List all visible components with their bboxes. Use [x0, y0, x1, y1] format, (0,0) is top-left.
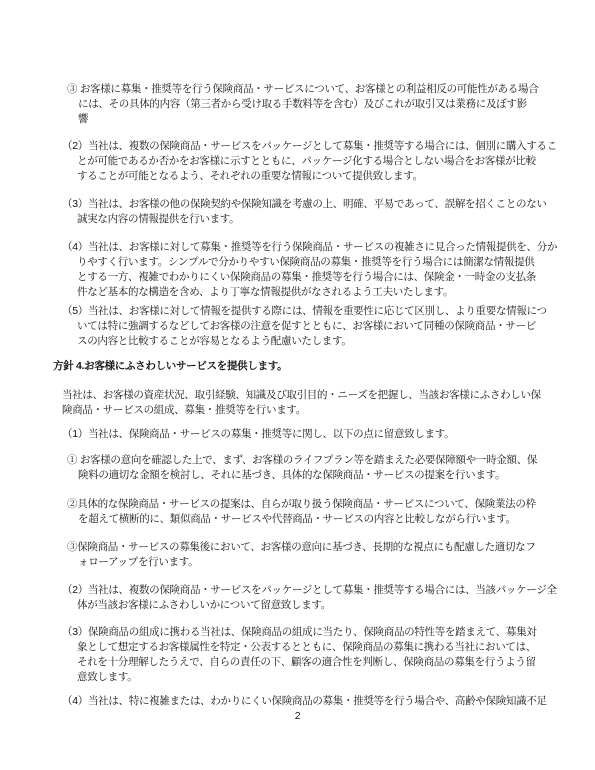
policy4-item-1-sub-1: ① お客様の意向を確認した上で、まず、お客様のライフプラン等を踏まえた必要保障額… — [0, 453, 595, 483]
text-line: （2）当社は、複数の保険商品・サービスをパッケージとして募集・推奨等する場合には… — [0, 139, 595, 154]
text-line: （5）当社は、お客様に対して情報を提供する際には、情報を重要性に応じて区別し、よ… — [0, 304, 595, 319]
text-line: 響 — [0, 112, 595, 127]
policy4-item-3: （3）保険商品の組成に携わる当社は、保険商品の組成に当たり、保険商品の特性等を踏… — [0, 625, 595, 685]
policy4-section-heading: 方針 4.お客様にふさわしいサービスを提供します。 — [0, 359, 595, 374]
section-heading-text: 方針 4.お客様にふさわしいサービスを提供します。 — [0, 359, 595, 374]
text-line: 意致します。 — [0, 670, 595, 685]
text-line: とが可能であるか否かをお客様に示すとともに、パッケージ化する場合としない場合をお… — [0, 154, 595, 169]
policy3-item-5: （5）当社は、お客様に対して情報を提供する際には、情報を重要性に応じて区別し、よ… — [0, 304, 595, 349]
text-line: りやすく行います。シンプルで分かりやすい保険商品の募集・推奨等を行う場合には簡潔… — [0, 255, 595, 270]
policy3-item-3: （3）当社は、お客様の他の保険契約や保険知識を考慮の上、明確、平易であって、誤解… — [0, 197, 595, 227]
text-line: 当社は、お客様の資産状況、取引経験、知識及び取引目的・ニーズを把握し、当該お客様… — [0, 388, 595, 403]
text-line: （4）当社は、特に複雑または、わかりにくい保険商品の募集・推奨等を行う場合や、高… — [0, 694, 595, 709]
text-line: （3）当社は、お客様の他の保険契約や保険知識を考慮の上、明確、平易であって、誤解… — [0, 197, 595, 212]
clause-carryover-item-3: ③ お客様に募集・推奨等を行う保険商品・サービスについて、お客様との利益相反の可… — [0, 82, 595, 127]
text-line: には、その具体的内容（第三者から受け取る手数料等を含む）及びこれが取引又は業務に… — [0, 97, 595, 112]
policy4-item-2: （2）当社は、複数の保険商品・サービスをパッケージとして募集・推奨等する場合には… — [0, 583, 595, 613]
text-line: いては特に強調するなどしてお客様の注意を促すとともに、お客様において同種の保険商… — [0, 319, 595, 334]
text-line: （2）当社は、複数の保険商品・サービスをパッケージとして募集・推奨等する場合には… — [0, 583, 595, 598]
text-line: （4）当社は、お客様に対して募集・推奨等を行う保険商品・サービスの複雑さに見合っ… — [0, 240, 595, 255]
text-line: 誠実な内容の情報提供を行います。 — [0, 212, 595, 227]
text-line: 体が当該お客様にふさわしいかについて留意致します。 — [0, 598, 595, 613]
text-line: 件など基本的な構造を含め、より丁寧な情報提供がなされるよう工夫いたします。 — [0, 285, 595, 300]
policy4-item-1: （1）当社は、保険商品・サービスの募集・推奨等に関し、以下の点に留意致します。 — [0, 427, 595, 442]
policy4-item-1-sub-2: ②具体的な保険商品・サービスの提案は、自らが取り扱う保険商品・サービスについて、… — [0, 497, 595, 527]
text-line: 象として想定するお客様属性を特定・公表するとともに、保険商品の募集に携わる当社に… — [0, 640, 595, 655]
pdf-document-page: ③ お客様に募集・推奨等を行う保険商品・サービスについて、お客様との利益相反の可… — [0, 0, 595, 770]
policy4-item-1-sub-3: ③保険商品・サービスの募集後において、お客様の意向に基づき、長期的な視点にも配慮… — [0, 540, 595, 570]
text-line: 険商品・サービスの組成、募集・推奨等を行います。 — [0, 403, 595, 418]
text-line: （3）保険商品の組成に携わる当社は、保険商品の組成に当たり、保険商品の特性等を踏… — [0, 625, 595, 640]
text-line: それを十分理解したうえで、自らの責任の下、顧客の適合性を判断し、保険商品の募集を… — [0, 655, 595, 670]
text-line: ③ お客様に募集・推奨等を行う保険商品・サービスについて、お客様との利益相反の可… — [0, 82, 595, 97]
policy4-item-4: （4）当社は、特に複雑または、わかりにくい保険商品の募集・推奨等を行う場合や、高… — [0, 694, 595, 709]
text-line: ②具体的な保険商品・サービスの提案は、自らが取り扱う保険商品・サービスについて、… — [0, 497, 595, 512]
text-line: ③保険商品・サービスの募集後において、お客様の意向に基づき、長期的な視点にも配慮… — [0, 540, 595, 555]
policy3-item-2: （2）当社は、複数の保険商品・サービスをパッケージとして募集・推奨等する場合には… — [0, 139, 595, 184]
text-line: とする一方、複雑でわかりにくい保険商品の募集・推奨等を行う場合には、保険金・一時… — [0, 270, 595, 285]
policy4-intro-paragraph: 当社は、お客様の資産状況、取引経験、知識及び取引目的・ニーズを把握し、当該お客様… — [0, 388, 595, 418]
page-number: 2 — [0, 709, 595, 724]
text-line: （1）当社は、保険商品・サービスの募集・推奨等に関し、以下の点に留意致します。 — [0, 427, 595, 442]
page-number-block: 2 — [0, 709, 595, 724]
policy3-item-4: （4）当社は、お客様に対して募集・推奨等を行う保険商品・サービスの複雑さに見合っ… — [0, 240, 595, 300]
text-line: スの内容と比較することが容易となるよう配慮いたします。 — [0, 334, 595, 349]
text-line: 険料の適切な金額を検討し、それに基づき、具体的な保険商品・サービスの提案を行いま… — [0, 468, 595, 483]
text-line: ォローアップを行います。 — [0, 555, 595, 570]
text-line: することが可能となるよう、それぞれの重要な情報について提供致します。 — [0, 169, 595, 184]
text-line: を超えて横断的に、類似商品・サービスや代替商品・サービスの内容と比較しながら行い… — [0, 512, 595, 527]
text-line: ① お客様の意向を確認した上で、まず、お客様のライフプラン等を踏まえた必要保障額… — [0, 453, 595, 468]
